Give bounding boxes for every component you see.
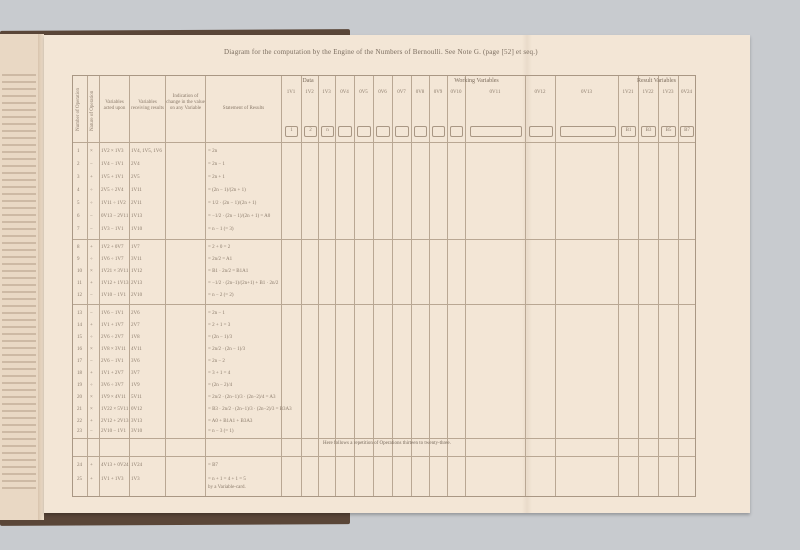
operation-row: 21×1V22 × 5V110V12= B3 · 2n/2 · (2n−1)/3… bbox=[73, 406, 695, 416]
header-variables-acted-upon: Variables acted upon bbox=[100, 100, 129, 112]
diagram-title: Diagram for the computation by the Engin… bbox=[224, 48, 538, 56]
foldout-diagram-sheet: Diagram for the computation by the Engin… bbox=[44, 35, 750, 513]
header-statement-of-results: Statement of Results bbox=[206, 106, 281, 112]
value-box bbox=[338, 126, 352, 137]
group-header-data: Data bbox=[281, 78, 335, 84]
data-var-header: 1V2 bbox=[301, 90, 318, 96]
operation-row: 7−1V3 − 1V11V10= n − 1 (= 3) bbox=[73, 226, 695, 236]
value-box bbox=[560, 126, 616, 137]
operation-row: 17−2V6 − 1V13V6= 2n − 2 bbox=[73, 358, 695, 368]
operation-row: 12−1V10 − 1V12V10= n − 2 (= 2) bbox=[73, 292, 695, 302]
operation-row: 4÷2V5 ÷ 2V41V11= (2n − 1)/(2n + 1) bbox=[73, 187, 695, 197]
working-var-header: 0V6 bbox=[373, 90, 392, 96]
data-var-header: 1V1 bbox=[281, 90, 301, 96]
operation-row: 10×1V21 × 3V111V12= B1 · 2n/2 = B1A1 bbox=[73, 268, 695, 278]
result-box: B3 bbox=[641, 126, 656, 137]
operation-row: 18+1V1 + 2V73V7= 3 + 1 = 4 bbox=[73, 370, 695, 380]
working-var-header: 0V7 bbox=[392, 90, 411, 96]
result-var-header: 1V21 bbox=[618, 90, 638, 96]
data-value-box: 1 bbox=[285, 126, 298, 137]
value-box bbox=[432, 126, 445, 137]
value-box bbox=[376, 126, 390, 137]
operation-row: 11+1V12 + 1V132V13= −1/2 · (2n−1)/(2n+1)… bbox=[73, 280, 695, 290]
working-var-header: 0V13 bbox=[555, 90, 618, 96]
result-var-header: 1V22 bbox=[638, 90, 658, 96]
working-var-header: 0V5 bbox=[354, 90, 373, 96]
operation-row: 22+2V12 + 2V133V13= A0 + B1A1 + B3A3 bbox=[73, 418, 695, 428]
operation-row: 5÷1V11 ÷ 1V22V11= 1/2 · (2n − 1)/(2n + 1… bbox=[73, 200, 695, 210]
working-var-header: 0V9 bbox=[429, 90, 447, 96]
value-box bbox=[357, 126, 371, 137]
operation-row: 2−1V4 − 1V12V4= 2n − 1 bbox=[73, 161, 695, 171]
operation-row: 1×1V2 × 1V31V4, 1V5, 1V6= 2n bbox=[73, 148, 695, 158]
header-nature-of-operation: Nature of Operation bbox=[90, 91, 95, 131]
header-indication-of-change: Indication of change in the value on any… bbox=[166, 94, 205, 112]
operation-row: 20×1V9 × 4V115V11= 2n/2 · (2n−1)/3 · (2n… bbox=[73, 394, 695, 404]
header-number-of-operation: Number of Operation bbox=[76, 88, 81, 131]
result-box: B1 bbox=[621, 126, 636, 137]
left-book-page bbox=[0, 34, 44, 520]
working-var-header: 0V11 bbox=[465, 90, 525, 96]
working-var-header: 0V10 bbox=[447, 90, 465, 96]
result-var-header: 1V23 bbox=[658, 90, 678, 96]
repetition-note: Here follows a repetition of Operations … bbox=[323, 441, 451, 446]
operation-row: 15÷2V6 ÷ 2V71V8= (2n − 1)/3 bbox=[73, 334, 695, 344]
data-value-box: 2 bbox=[304, 126, 317, 137]
operation-row: 19÷3V6 ÷ 3V71V9= (2n − 2)/4 bbox=[73, 382, 695, 392]
result-box: B7 bbox=[680, 126, 694, 137]
operation-row: 9÷1V6 ÷ 1V73V11= 2n/2 = A1 bbox=[73, 256, 695, 266]
working-var-header: 0V4 bbox=[335, 90, 354, 96]
value-box bbox=[414, 126, 427, 137]
group-header-result-variables: Result Variables bbox=[618, 78, 695, 84]
operation-row: 13−1V6 − 1V12V6= 2n − 1 bbox=[73, 310, 695, 320]
footer-note: by a Variable-card. bbox=[73, 484, 695, 494]
working-var-header: 0V8 bbox=[411, 90, 429, 96]
operation-row: 24+4V13 + 0V241V24= B7 bbox=[73, 462, 695, 472]
result-box: B5 bbox=[661, 126, 676, 137]
data-value-box: n bbox=[321, 126, 334, 137]
value-box bbox=[450, 126, 463, 137]
header-variables-receiving-results: Variables receiving results bbox=[130, 100, 165, 112]
operation-row: 14+1V1 + 1V72V7= 2 + 1 = 3 bbox=[73, 322, 695, 332]
operation-row: 6−0V13 − 2V111V13= −1/2 · (2n − 1)/(2n +… bbox=[73, 213, 695, 223]
value-box bbox=[529, 126, 553, 137]
result-var-header: 0V24 bbox=[678, 90, 695, 96]
operations-table: Data Working Variables Result Variables … bbox=[72, 75, 696, 497]
value-box bbox=[395, 126, 409, 137]
value-box bbox=[470, 126, 522, 137]
operation-row: 16×1V8 × 3V114V11= 2n/2 · (2n − 1)/3 bbox=[73, 346, 695, 356]
operation-row: 23−2V10 − 1V13V10= n − 3 (= 1) bbox=[73, 428, 695, 438]
working-var-header: 0V12 bbox=[525, 90, 555, 96]
operation-row: 8+1V2 + 0V71V7= 2 + 0 = 2 bbox=[73, 244, 695, 254]
left-page-text bbox=[2, 74, 36, 494]
operation-row: 3+1V5 + 1V12V5= 2n + 1 bbox=[73, 174, 695, 184]
data-var-header: 1V3 bbox=[318, 90, 335, 96]
group-header-working-variables: Working Variables bbox=[335, 78, 618, 84]
